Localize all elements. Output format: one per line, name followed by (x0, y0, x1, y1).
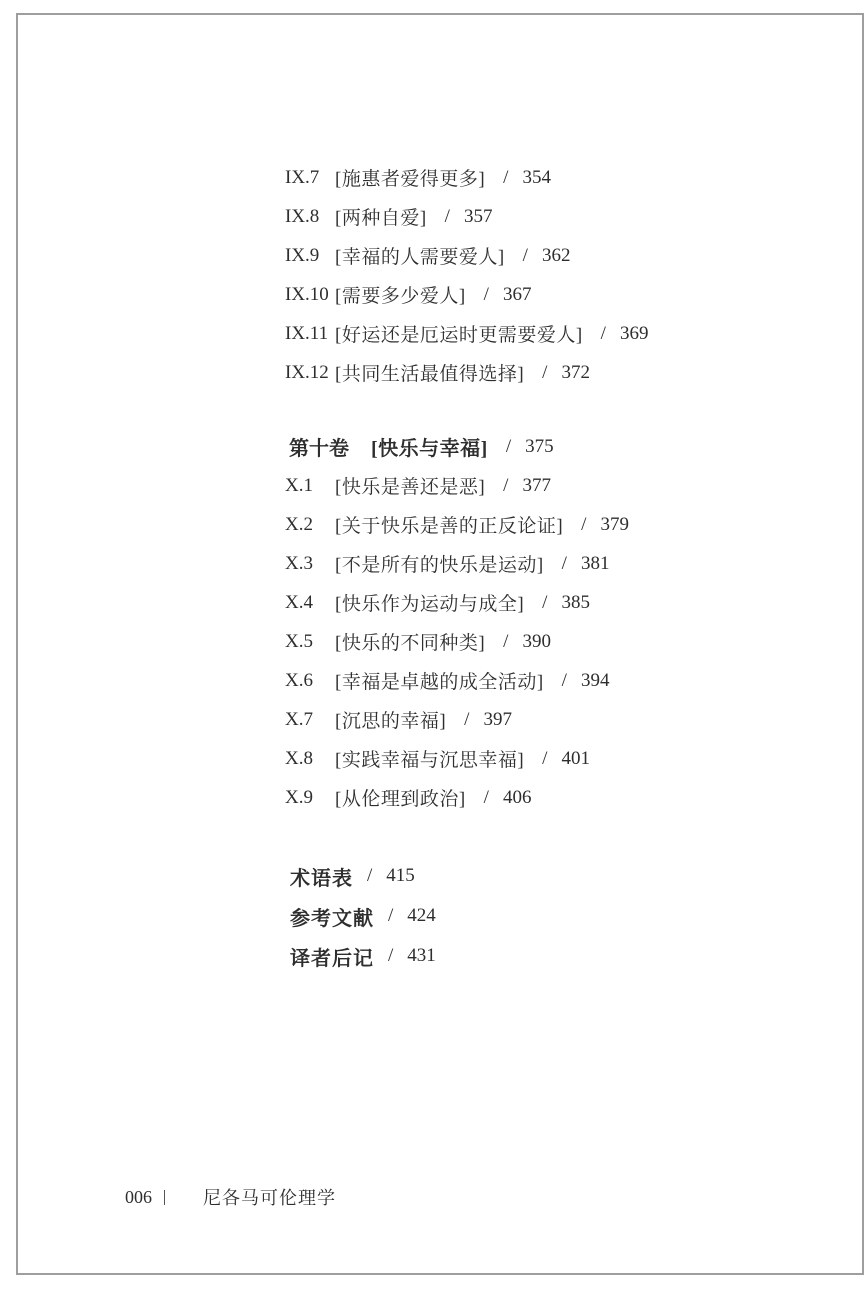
entry-separator: / (562, 553, 567, 575)
entry-separator: / (562, 670, 567, 692)
entry-title: [好运还是厄运时更需要爱人] (335, 320, 583, 347)
toc-entry: X.3 [不是所有的快乐是运动] / 381 (285, 544, 805, 583)
entry-title: [不是所有的快乐是运动] (335, 550, 544, 577)
entry-number: IX.9 (285, 245, 335, 267)
entry-title: [幸福是卓越的成全活动] (335, 667, 544, 694)
entry-page-number: 397 (483, 709, 512, 731)
entry-title: [两种自爱] (335, 203, 427, 230)
entry-title: [幸福的人需要爱人] (335, 242, 505, 269)
toc-entry: X.5 [快乐的不同种类] / 390 (285, 622, 805, 661)
entry-page-number: 372 (561, 362, 590, 384)
entry-number: X.7 (285, 709, 335, 731)
chapter-title: [快乐与幸福] (371, 432, 488, 461)
toc-entry: IX.9 [幸福的人需要爱人] / 362 (285, 236, 805, 275)
entry-number: IX.8 (285, 206, 335, 228)
toc-entry: X.2 [关于快乐是善的正反论证] / 379 (285, 505, 805, 544)
entry-page-number: 424 (407, 905, 436, 927)
backmatter-title: 术语表 (290, 862, 353, 891)
entry-page-number: 369 (620, 323, 649, 345)
entry-number: IX.7 (285, 167, 335, 189)
entry-page-number: 377 (522, 475, 551, 497)
toc-entry: IX.10 [需要多少爱人] / 367 (285, 275, 805, 314)
entry-number: X.2 (285, 514, 335, 536)
entry-separator: / (503, 167, 508, 189)
running-book-title: 尼各马可伦理学 (203, 1184, 336, 1210)
entry-number: X.6 (285, 670, 335, 692)
entry-separator: / (484, 284, 489, 306)
entry-title: [共同生活最值得选择] (335, 359, 524, 386)
entry-separator: / (464, 709, 469, 731)
toc-entry: X.8 [实践幸福与沉思幸福] / 401 (285, 739, 805, 778)
entry-page-number: 401 (561, 748, 590, 770)
entry-page-number: 379 (600, 514, 629, 536)
entry-page-number: 390 (522, 631, 551, 653)
entry-page-number: 431 (407, 945, 436, 967)
entry-number: X.8 (285, 748, 335, 770)
entry-page-number: 394 (581, 670, 610, 692)
entry-title: [关于快乐是善的正反论证] (335, 511, 563, 538)
entry-separator: / (445, 206, 450, 228)
entry-number: X.9 (285, 787, 335, 809)
toc-entry: IX.11 [好运还是厄运时更需要爱人] / 369 (285, 314, 805, 353)
backmatter-entry: 术语表 / 415 (285, 856, 805, 896)
backmatter-entry: 译者后记 / 431 (285, 936, 805, 976)
entry-page-number: 367 (503, 284, 532, 306)
entry-number: X.4 (285, 592, 335, 614)
page-footer: 006 尼各马可伦理学 (125, 1186, 336, 1208)
toc-entry: IX.7 [施惠者爱得更多] / 354 (285, 158, 805, 197)
entry-page-number: 406 (503, 787, 532, 809)
entry-title: [从伦理到政治] (335, 784, 466, 811)
entry-page-number: 375 (525, 436, 554, 458)
entry-number: IX.10 (285, 284, 335, 306)
entry-number: X.5 (285, 631, 335, 653)
entry-title: [快乐的不同种类] (335, 628, 485, 655)
entry-title: [施惠者爱得更多] (335, 164, 485, 191)
entry-number: X.1 (285, 475, 335, 497)
entry-page-number: 415 (386, 865, 415, 887)
toc-entry: X.6 [幸福是卓越的成全活动] / 394 (285, 661, 805, 700)
entry-number: IX.12 (285, 362, 335, 384)
entry-separator: / (523, 245, 528, 267)
entry-separator: / (503, 631, 508, 653)
chapter-heading: 第十卷 [快乐与幸福] / 375 (285, 427, 805, 466)
backmatter-title: 参考文献 (290, 902, 374, 931)
entry-separator: / (601, 323, 606, 345)
chapter-number: 第十卷 (289, 432, 349, 461)
folio-page-number: 006 (125, 1187, 152, 1208)
entry-number: IX.11 (285, 323, 335, 345)
entry-number: X.3 (285, 553, 335, 575)
entry-separator: / (503, 475, 508, 497)
table-of-contents: IX.7 [施惠者爱得更多] / 354 IX.8 [两种自爱] / 357 I… (285, 158, 805, 976)
entry-page-number: 362 (542, 245, 571, 267)
toc-entry: X.1 [快乐是善还是恶] / 377 (285, 466, 805, 505)
toc-entry: X.7 [沉思的幸福] / 397 (285, 700, 805, 739)
entry-separator: / (506, 436, 511, 458)
entry-separator: / (388, 905, 393, 927)
entry-separator: / (581, 514, 586, 536)
entry-title: [快乐是善还是恶] (335, 472, 485, 499)
toc-entry: X.4 [快乐作为运动与成全] / 385 (285, 583, 805, 622)
toc-entry: X.9 [从伦理到政治] / 406 (285, 778, 805, 817)
entry-separator: / (484, 787, 489, 809)
backmatter-title: 译者后记 (290, 942, 374, 971)
backmatter-entry: 参考文献 / 424 (285, 896, 805, 936)
entry-page-number: 381 (581, 553, 610, 575)
entry-separator: / (542, 592, 547, 614)
toc-entry: IX.12 [共同生活最值得选择] / 372 (285, 353, 805, 392)
entry-title: [沉思的幸福] (335, 706, 446, 733)
entry-title: [需要多少爱人] (335, 281, 466, 308)
entry-separator: / (542, 748, 547, 770)
entry-separator: / (388, 945, 393, 967)
entry-separator: / (542, 362, 547, 384)
entry-title: [实践幸福与沉思幸福] (335, 745, 524, 772)
footer-divider (164, 1190, 165, 1205)
entry-page-number: 357 (464, 206, 493, 228)
entry-page-number: 385 (561, 592, 590, 614)
toc-entry: IX.8 [两种自爱] / 357 (285, 197, 805, 236)
entry-title: [快乐作为运动与成全] (335, 589, 524, 616)
entry-separator: / (367, 865, 372, 887)
entry-page-number: 354 (522, 167, 551, 189)
